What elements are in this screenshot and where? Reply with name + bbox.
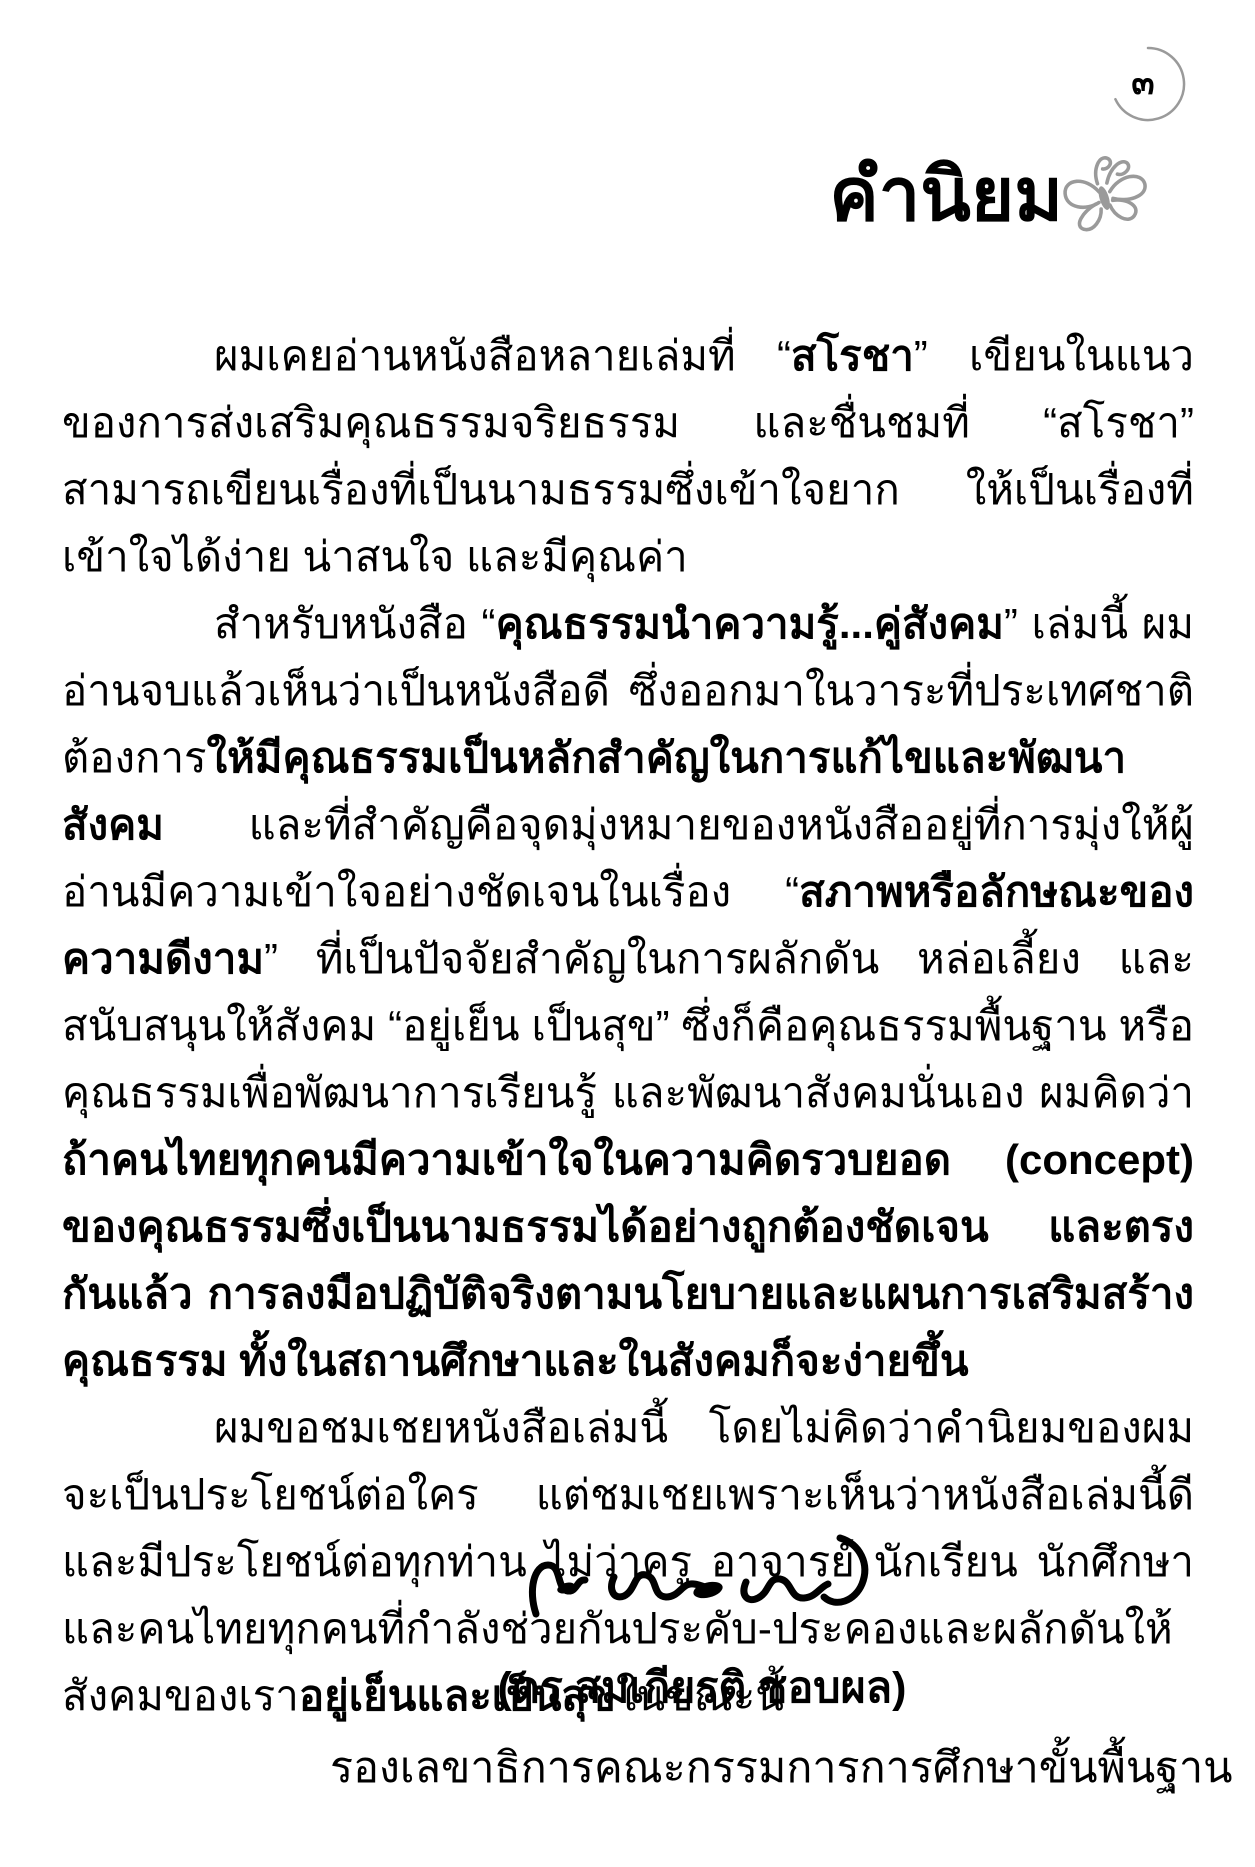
paragraph-1: ผมเคยอ่านหนังสือหลายเล่มที่ “สโรชา” เขีย…: [62, 322, 1194, 590]
signature-image: [522, 1532, 882, 1627]
page-number-badge: ๓: [1106, 42, 1190, 126]
preface-body: ผมเคยอ่านหนังสือหลายเล่มที่ “สโรชา” เขีย…: [62, 322, 1194, 1729]
page-title: คำนิยม: [829, 146, 1063, 244]
text-run: ผมเคยอ่านหนังสือหลายเล่มที่ “: [214, 332, 791, 379]
signature-block: (ดร.สมเกียรติ ชอบผล) รองเลขาธิการคณะกรรม…: [340, 1532, 1020, 1801]
signatory-title: รองเลขาธิการคณะกรรมการการศึกษาขั้นพื้นฐา…: [330, 1733, 1010, 1801]
bold-text-run: ถ้าคนไทยทุกคนมีความเข้าใจในความคิดรวบยอด…: [62, 1136, 1194, 1384]
signatory-name: (ดร.สมเกียรติ ชอบผล): [362, 1653, 1042, 1721]
bold-text-run: คุณธรรมนำความรู้...คู่สังคม: [496, 600, 1004, 647]
butterfly-icon: [1058, 150, 1150, 242]
bold-text-run: สโรชา: [791, 332, 914, 379]
text-run: สำหรับหนังสือ “: [214, 600, 496, 647]
page-number: ๓: [1106, 42, 1180, 122]
paragraph-2: สำหรับหนังสือ “คุณธรรมนำความรู้...คู่สัง…: [62, 590, 1194, 1394]
document-page: ๓ คำนิยม ผมเคยอ่านหนังสือหลายเล่มที่ “สโ…: [0, 0, 1255, 1867]
